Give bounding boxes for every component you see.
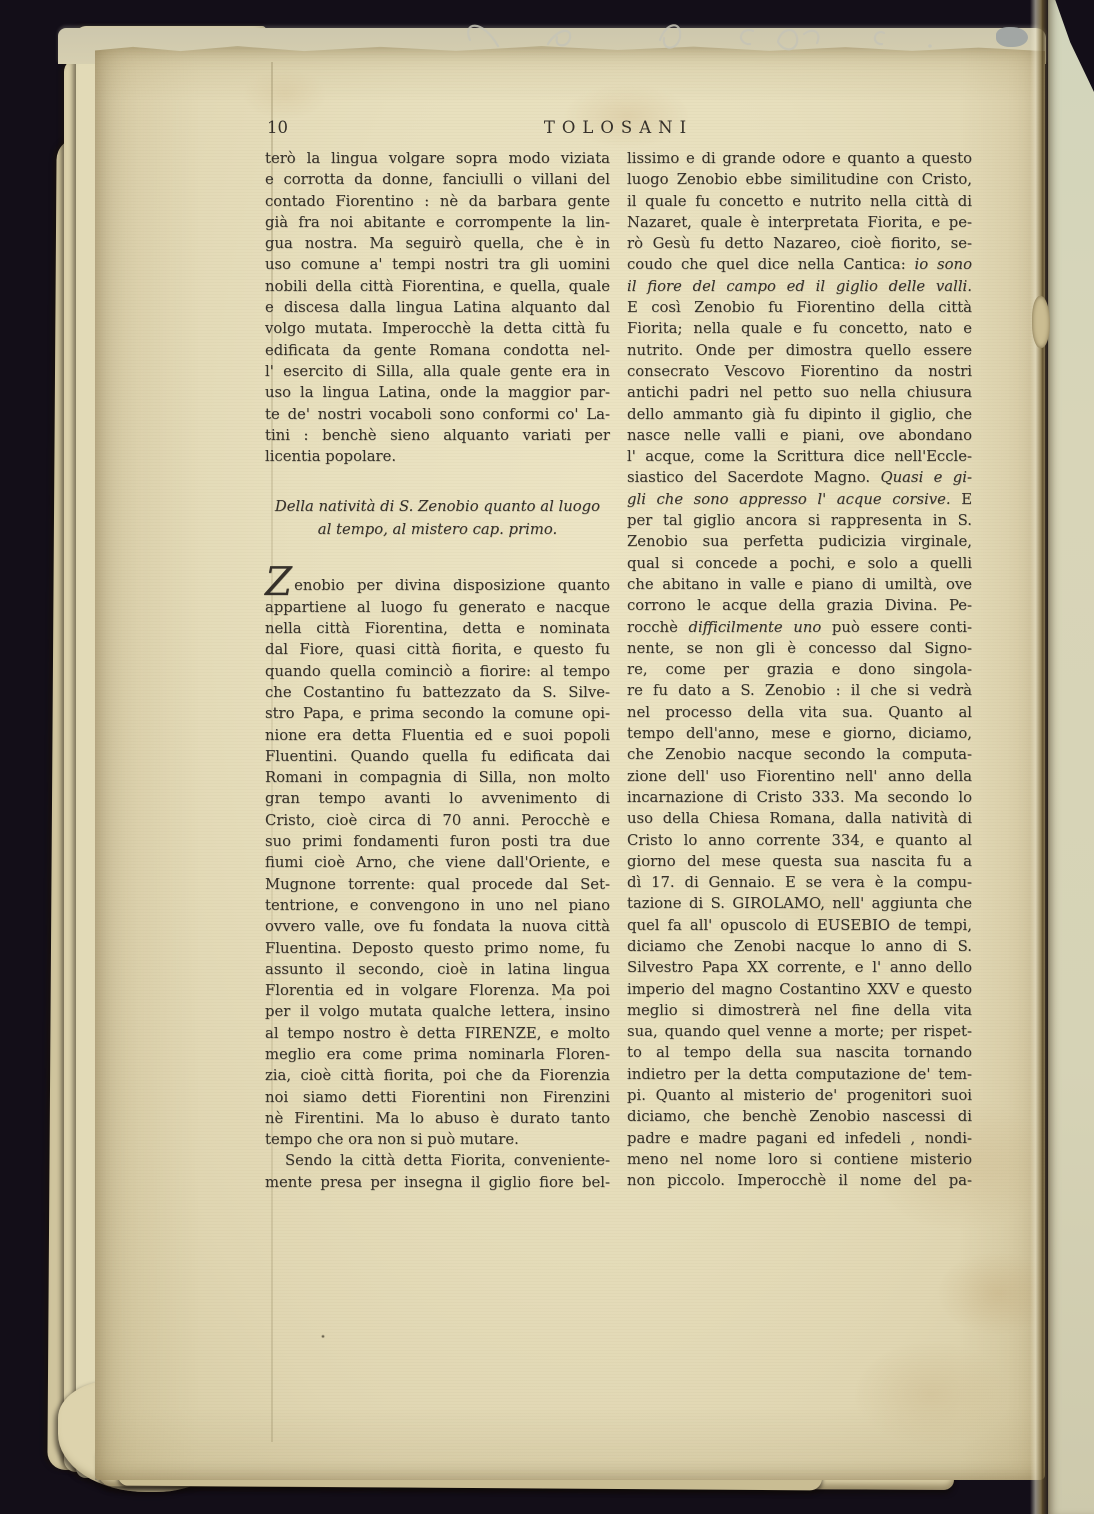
text-line: mente presa per insegna il giglio fiore … xyxy=(265,1172,610,1193)
text-line: terò la lingua volgare sopra modo viziat… xyxy=(265,148,610,169)
text-line: contado Fiorentino : nè da barbara gente xyxy=(265,191,610,212)
text-line: appartiene al luogo fu generato e nacque xyxy=(265,597,610,618)
text-line: gli che sono appresso l' acque corsive. … xyxy=(627,489,972,510)
text-line: nella città Fiorentina, detta e nominata xyxy=(265,618,610,639)
text-line: e corrotta da donne, fanciulli o villani… xyxy=(265,169,610,190)
text-line: imperio del magno Costantino XXV e quest… xyxy=(627,979,972,1000)
text-line: nè Firentini. Ma lo abuso è durato tanto xyxy=(265,1108,610,1129)
text-line: rocchè difficilmente uno può essere cont… xyxy=(627,617,972,638)
text-line: per tal giglio ancora si rappresenta in … xyxy=(627,510,972,531)
text-line: che Costantino fu battezzato da S. Silve… xyxy=(265,682,610,703)
text-line: dal Fiore, quasi città fiorita, e questo… xyxy=(265,639,610,660)
text-line: zione dell' uso Fiorentino nell' anno de… xyxy=(627,766,972,787)
text-line: Nazaret, quale è interpretata Fiorita, e… xyxy=(627,212,972,233)
page-number: 10 xyxy=(267,118,288,137)
text-line: qual si concede a pochi, e solo a quelli xyxy=(627,553,972,574)
text-line: tempo dell'anno, mese e giorno, diciamo, xyxy=(627,723,972,744)
text-line: te de' nostri vocaboli sono conformi co'… xyxy=(265,404,610,425)
text-line: nione era detta Fluentia ed e suoi popol… xyxy=(265,725,610,746)
paragraph: Zenobio per divina disposizione quantoap… xyxy=(265,575,610,1193)
text-line: re, come per grazia e dono singola- xyxy=(627,659,972,680)
text-line: consecrato Vescovo Fiorentino da nostri xyxy=(627,361,972,382)
text-line: Zenobio sua perfetta pudicizia virginale… xyxy=(627,531,972,552)
text-line: il quale fu concetto e nutrito nella cit… xyxy=(627,191,972,212)
text-line: gran tempo avanti lo avvenimento di xyxy=(265,788,610,809)
scanned-book-photo: 10 TOLOSANI terò la lingua volgare sopra… xyxy=(0,0,1094,1514)
text-line: licentia popolare. xyxy=(265,446,610,467)
text-line: volgo mutata. Imperocchè la detta città … xyxy=(265,318,610,339)
text-line: diciamo, che benchè Zenobio nascessi di xyxy=(627,1106,972,1127)
text-line: coudo che quel dice nella Cantica: io so… xyxy=(627,254,972,275)
heading-line: al tempo, al mistero cap. primo. xyxy=(265,518,610,541)
text-line: dello ammanto già fu dipinto il giglio, … xyxy=(627,404,972,425)
text-line: corrono le acque della grazia Divina. Pe… xyxy=(627,595,972,616)
text-line: to al tempo della sua nascita tornando xyxy=(627,1042,972,1063)
text-line: Cristo lo anno corrente 334, e quanto al xyxy=(627,830,972,851)
text-line: Mugnone torrente: qual procede dal Set- xyxy=(265,874,610,895)
text-line: Florentia ed in volgare Florenza. Ma poi xyxy=(265,980,610,1001)
text-line: pi. Quanto al misterio de' progenitori s… xyxy=(627,1085,972,1106)
text-line: nel processo della vita sua. Quanto al xyxy=(627,702,972,723)
text-line: Zenobio per divina disposizione quanto xyxy=(265,575,610,596)
heading-line: Della natività di S. Zenobio quanto al l… xyxy=(265,495,610,518)
text-line: Fiorita; nella quale e fu concetto, nato… xyxy=(627,318,972,339)
text-line: assunto il secondo, cioè in latina lingu… xyxy=(265,959,610,980)
text-line: tazione di S. GIROLAMO, nell' aggiunta c… xyxy=(627,893,972,914)
text-line: stro Papa, e prima secondo la comune opi… xyxy=(265,703,610,724)
text-line: padre e madre pagani ed infedeli , nondi… xyxy=(627,1128,972,1149)
text-line: luogo Zenobio ebbe similitudine con Cris… xyxy=(627,169,972,190)
text-line: indietro per la detta computazione de' t… xyxy=(627,1064,972,1085)
text-line: antichi padri nel petto suo nella chiusu… xyxy=(627,382,972,403)
text-line: tini : benchè sieno alquanto variati per xyxy=(265,425,610,446)
text-line: siastico del Sacerdote Magno. Quasi e gi… xyxy=(627,467,972,488)
text-line: nasce nelle valli e piani, ove abondano xyxy=(627,425,972,446)
text-line: edificata da gente Romana condotta nel- xyxy=(265,340,610,361)
text-line: lissimo e di grande odore e quanto a que… xyxy=(627,148,972,169)
text-line: quel fa all' opuscolo di EUSEBIO de temp… xyxy=(627,915,972,936)
adjacent-page-edge xyxy=(1048,0,1094,1514)
text-line: Cristo, cioè circa di 70 anni. Perocchè … xyxy=(265,810,610,831)
text-line: Romani in compagnia di Silla, non molto xyxy=(265,767,610,788)
left-column: terò la lingua volgare sopra modo viziat… xyxy=(265,148,610,1193)
paper-fragment xyxy=(996,27,1028,47)
right-column: lissimo e di grande odore e quanto a que… xyxy=(627,148,972,1192)
text-line: nobili della città Fiorentina, e quella,… xyxy=(265,276,610,297)
text-line: nutrito. Onde per dimostra quello essere xyxy=(627,340,972,361)
text-line: Fluentina. Deposto questo primo nome, fu xyxy=(265,938,610,959)
seam-paper-knot xyxy=(1032,296,1050,348)
text-line: E così Zenobio fu Fiorentino della città xyxy=(627,297,972,318)
text-line: diciamo che Zenobi nacque lo anno di S. xyxy=(627,936,972,957)
text-line: incarnazione di Cristo 333. Ma secondo l… xyxy=(627,787,972,808)
text-line: che abitano in valle e piano di umiltà, … xyxy=(627,574,972,595)
running-header: TOLOSANI xyxy=(265,118,972,137)
text-line: dì 17. di Gennaio. E se vera è la compu- xyxy=(627,872,972,893)
text-line: noi siamo detti Fiorentini non Firenzini xyxy=(265,1087,610,1108)
text-line: per il volgo mutata qualche lettera, ins… xyxy=(265,1001,610,1022)
text-line: l' acque, come la Scrittura dice nell'Ec… xyxy=(627,446,972,467)
text-line: uso comune a' tempi nostri tra gli uomin… xyxy=(265,254,610,275)
text-line: rò Gesù fu detto Nazareo, cioè fiorito, … xyxy=(627,233,972,254)
text-line: e discesa dalla lingua Latina alquanto d… xyxy=(265,297,610,318)
text-line: tentrione, e convengono in uno nel piano xyxy=(265,895,610,916)
text-line: Fluentini. Quando quella fu edificata da… xyxy=(265,746,610,767)
text-line: non piccolo. Imperocchè il nome del pa- xyxy=(627,1170,972,1191)
text-line: il fiore del campo ed il giglio delle va… xyxy=(627,276,972,297)
text-line: suo primi fondamenti furon posti tra due xyxy=(265,831,610,852)
text-line: meglio si dimostrerà nel fine della vita xyxy=(627,1000,972,1021)
text-line: fiumi cioè Arno, che viene dall'Oriente,… xyxy=(265,852,610,873)
page-header-row: 10 TOLOSANI xyxy=(265,118,972,142)
paragraph: terò la lingua volgare sopra modo viziat… xyxy=(265,148,610,467)
text-line: ovvero valle, ove fu fondata la nuova ci… xyxy=(265,916,610,937)
chapter-heading: Della natività di S. Zenobio quanto al l… xyxy=(265,495,610,541)
text-line: tempo che ora non si può mutare. xyxy=(265,1129,610,1150)
text-line: meno nel nome loro si contiene misterio xyxy=(627,1149,972,1170)
text-line: l' esercito di Silla, alla quale gente e… xyxy=(265,361,610,382)
text-line: meglio era come prima nominarla Floren- xyxy=(265,1044,610,1065)
text-line: uso della Chiesa Romana, dalla natività … xyxy=(627,808,972,829)
text-line: zia, cioè città fiorita, poi che da Fior… xyxy=(265,1065,610,1086)
text-line: giorno del mese questa sua nascita fu a xyxy=(627,851,972,872)
paragraph: lissimo e di grande odore e quanto a que… xyxy=(627,148,972,1192)
text-line: che Zenobio nacque secondo la computa- xyxy=(627,744,972,765)
text-line: quando quella cominciò a fiorire: al tem… xyxy=(265,661,610,682)
text-line: già fra noi abitante e corrompente la li… xyxy=(265,212,610,233)
text-line: nente, se non gli è concesso dal Signo- xyxy=(627,638,972,659)
text-line: gua nostra. Ma seguirò quella, che è in xyxy=(265,233,610,254)
text-line: re fu dato a S. Zenobio : il che si vedr… xyxy=(627,680,972,701)
text-line: uso la lingua Latina, onde la maggior pa… xyxy=(265,382,610,403)
text-line: sua, quando quel venne a morte; per risp… xyxy=(627,1021,972,1042)
book-page: 10 TOLOSANI terò la lingua volgare sopra… xyxy=(95,44,1045,1480)
text-line: Silvestro Papa XX corrente, e l' anno de… xyxy=(627,957,972,978)
text-line: al tempo nostro è detta FIRENZE, e molto xyxy=(265,1023,610,1044)
text-line: Sendo la città detta Fiorita, convenient… xyxy=(265,1150,610,1171)
